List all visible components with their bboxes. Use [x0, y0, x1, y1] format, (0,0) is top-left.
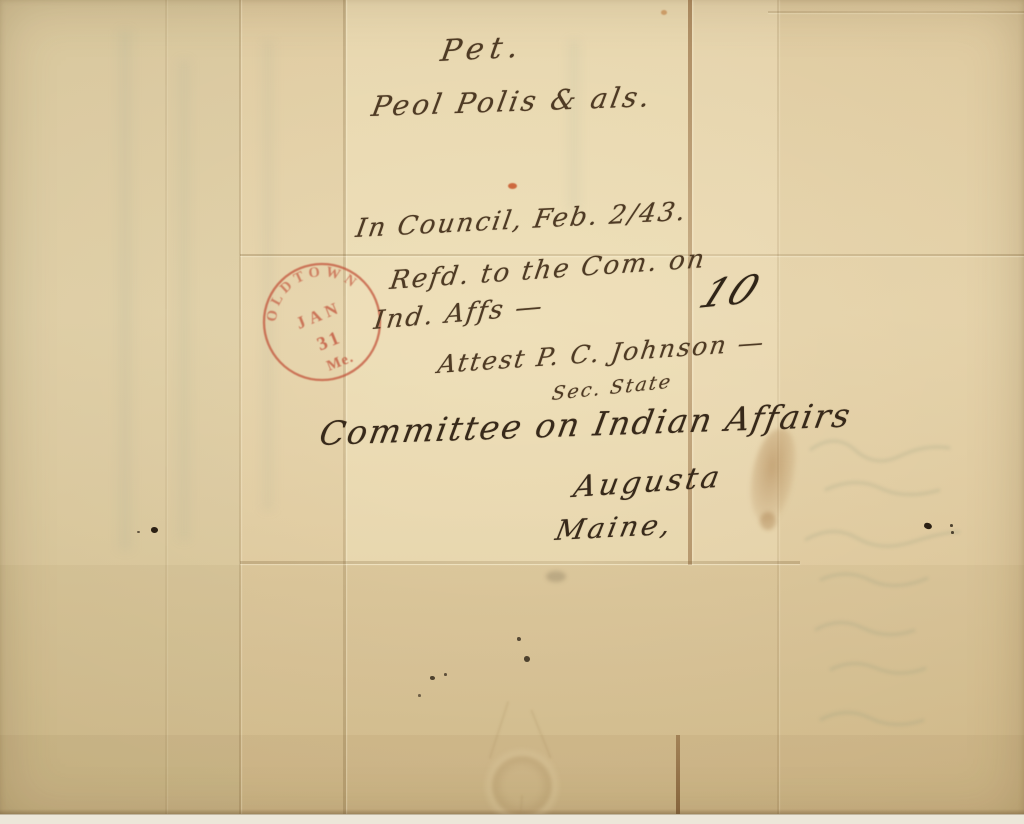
- ink-speck: [524, 656, 530, 662]
- postmark-day: 31: [314, 327, 345, 356]
- showthrough-streak: [118, 30, 132, 550]
- ink-speck: [137, 531, 140, 533]
- postmark-stamp: OLDTOWN JAN 31 Me.: [252, 252, 392, 392]
- scan-edge-strip: [0, 814, 1024, 824]
- address-state: Maine,: [553, 508, 677, 547]
- ink-speck: [517, 637, 521, 641]
- ink-speck: [950, 524, 953, 527]
- showthrough-streak: [568, 40, 580, 210]
- folded-letter-photo: OLDTOWN JAN 31 Me. Pet. Peol Polis & als…: [0, 0, 1024, 824]
- ink-speck: [430, 676, 435, 680]
- ink-speck: [151, 527, 158, 533]
- ink-speck: [951, 531, 954, 534]
- ink-speck: [444, 673, 447, 676]
- ink-speck: [418, 694, 421, 697]
- docket-case-label: Pet.: [438, 30, 527, 69]
- showthrough-streak: [178, 60, 190, 540]
